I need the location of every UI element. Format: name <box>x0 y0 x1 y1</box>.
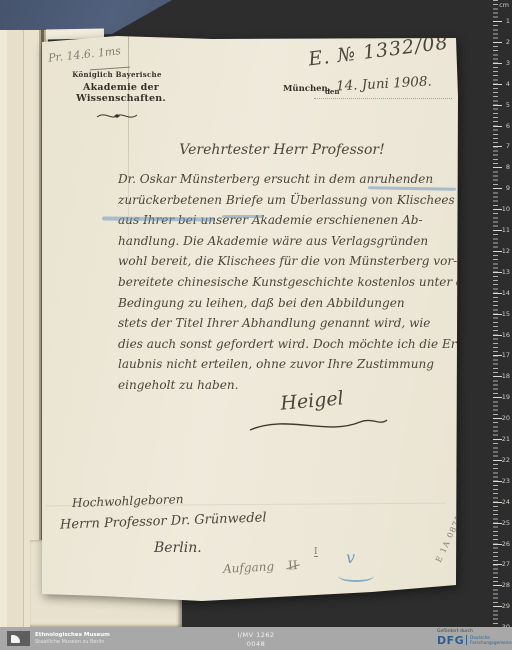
letterhead-line2: Akademie der Wissenschaften. <box>46 82 196 104</box>
ruler-number: 3 <box>506 59 510 67</box>
ruler-number: 22 <box>502 456 510 464</box>
ruler-number: 21 <box>502 435 510 443</box>
ruler-cm-tick <box>493 126 502 127</box>
letter-sheet: Pr. 14.6. 1ms Königlich Bayerische Akade… <box>42 36 458 602</box>
ruler-number: 5 <box>506 101 510 109</box>
ruler-cm-tick <box>493 167 502 168</box>
ruler-cm-tick <box>493 481 502 482</box>
ruler-number: 13 <box>502 268 510 276</box>
handwriting-line: stets der Titel Ihrer Abhandlung genannt… <box>118 316 451 337</box>
ruler-cm-tick <box>493 355 502 356</box>
address-line: Berlin. <box>154 540 202 556</box>
ruler-number: 10 <box>502 205 510 213</box>
ruler-number: 23 <box>502 477 510 485</box>
scan-page-number: 0048 <box>0 640 512 648</box>
ruler-cm-tick <box>493 146 502 147</box>
ruler-cm-tick <box>493 230 502 231</box>
ruler-number: 4 <box>506 80 510 88</box>
ruler-number: 29 <box>502 602 510 610</box>
ruler-number: 18 <box>502 372 510 380</box>
ruler-number: 25 <box>502 519 510 527</box>
ruler-number: 19 <box>502 393 510 401</box>
salutation: Verehrtester Herr Professor! <box>172 142 392 158</box>
reference-number: E. № 1332/08 <box>307 31 450 70</box>
ruler-number: 7 <box>506 142 510 150</box>
ruler-number: 6 <box>506 122 510 130</box>
ruler-cm-tick <box>493 439 502 440</box>
blue-pencil-underline <box>222 215 264 218</box>
ruler-cm-tick <box>493 585 502 586</box>
ruler-cm-tick <box>493 251 502 252</box>
pencil-crossed-numeral: II <box>288 558 298 572</box>
ruler-number: 28 <box>502 581 510 589</box>
corner-inventory-inscription: E 1A 0875 <box>434 514 464 564</box>
ruler-cm-tick <box>493 21 502 22</box>
handwriting-line: zurückerbetenen Briefe um Überlassung vo… <box>118 193 451 214</box>
object-id: I/MV 1262 <box>0 631 512 639</box>
ruler-cm-tick <box>493 209 502 210</box>
letter-body: Dr. Oskar Münsterberg ersucht in dem anr… <box>118 172 458 399</box>
ruler-number: 1 <box>506 17 510 25</box>
ruler-unit-label: cm <box>499 1 509 9</box>
ruler-number: 2 <box>506 38 510 46</box>
ruler-cm-tick <box>493 335 502 336</box>
handwriting-line: bereitete chinesische Kunstgeschichte ko… <box>118 275 451 296</box>
ruler-cm-tick <box>493 84 502 85</box>
ruler-number: 17 <box>502 351 510 359</box>
handwriting-line: laubnis nicht erteilen, ohne zuvor Ihre … <box>118 357 451 378</box>
ruler-cm-tick <box>493 397 502 398</box>
ruler-number: 9 <box>506 184 510 192</box>
ruler: cm 1234567891011121314151617181920212223… <box>485 0 512 650</box>
ruler-cm-tick <box>493 564 502 565</box>
handwriting-line: handlung. Die Akademie wäre aus Verlagsg… <box>118 234 451 255</box>
pencil-annotation-word: Aufgang <box>223 559 275 576</box>
ruler-cm-tick <box>493 272 502 273</box>
dfg-name-line2: Forschungsgemeinschaft <box>470 640 512 645</box>
ruler-cm-tick <box>493 460 502 461</box>
letterhead-line1: Königlich Bayerische <box>42 70 192 79</box>
ruler-number: 14 <box>502 289 510 297</box>
address-line: Hochwohlgeboren <box>72 492 184 510</box>
handwriting-line: Bedingung zu leihen, daß bei den Abbildu… <box>118 296 451 317</box>
ruler-number: 8 <box>506 163 510 171</box>
dfg-name: Deutsche Forschungsgemeinschaft <box>466 635 512 645</box>
scan-viewer: Pr. 14.6. 1ms Königlich Bayerische Akade… <box>0 0 512 650</box>
ruler-cm-tick <box>493 502 502 503</box>
ruler-cm-tick <box>493 42 502 43</box>
ruler-number: 24 <box>502 498 510 506</box>
pencil-numeral-above: I <box>314 548 318 557</box>
letter-sheet-wrap: Pr. 14.6. 1ms Königlich Bayerische Akade… <box>0 0 512 650</box>
ruler-cm-tick <box>493 418 502 419</box>
pencil-registry-note: Pr. 14.6. 1ms <box>48 44 122 65</box>
address-line: Herrn Professor Dr. Grünwedel <box>60 510 267 532</box>
blue-pencil-swoosh <box>338 570 374 582</box>
ruler-number: 20 <box>502 414 510 422</box>
ruler-cm-tick <box>493 314 502 315</box>
blue-pencil-mark: v <box>346 548 355 567</box>
ruler-cm-tick <box>493 63 502 64</box>
ruler-number: 11 <box>502 226 510 234</box>
ruler-number: 12 <box>502 247 510 255</box>
ruler-number: 27 <box>502 560 510 568</box>
footer-bar: Ethnologisches Museum Staatliche Museen … <box>0 627 512 650</box>
ruler-cm-tick <box>493 188 502 189</box>
ruler-cm-tick <box>493 544 502 545</box>
letterhead-flourish-icon <box>95 110 139 122</box>
ruler-cm-tick <box>493 606 502 607</box>
dfg-logo: DFG <box>437 634 464 647</box>
handwriting-line: wohl bereit, die Klischees für die von M… <box>118 254 451 275</box>
ruler-number: 26 <box>502 540 510 548</box>
ruler-cm-tick <box>493 376 502 377</box>
ruler-cm-tick <box>493 523 502 524</box>
pencil-annotation: AufgangII <box>223 558 298 576</box>
ruler-number: 16 <box>502 331 510 339</box>
ruler-cm-tick <box>493 105 502 106</box>
ruler-number: 15 <box>502 310 510 318</box>
signature-flourish-icon <box>242 412 392 438</box>
handwriting-line: dies auch sonst gefordert wird. Doch möc… <box>118 337 451 358</box>
ruler-cm-tick <box>493 293 502 294</box>
